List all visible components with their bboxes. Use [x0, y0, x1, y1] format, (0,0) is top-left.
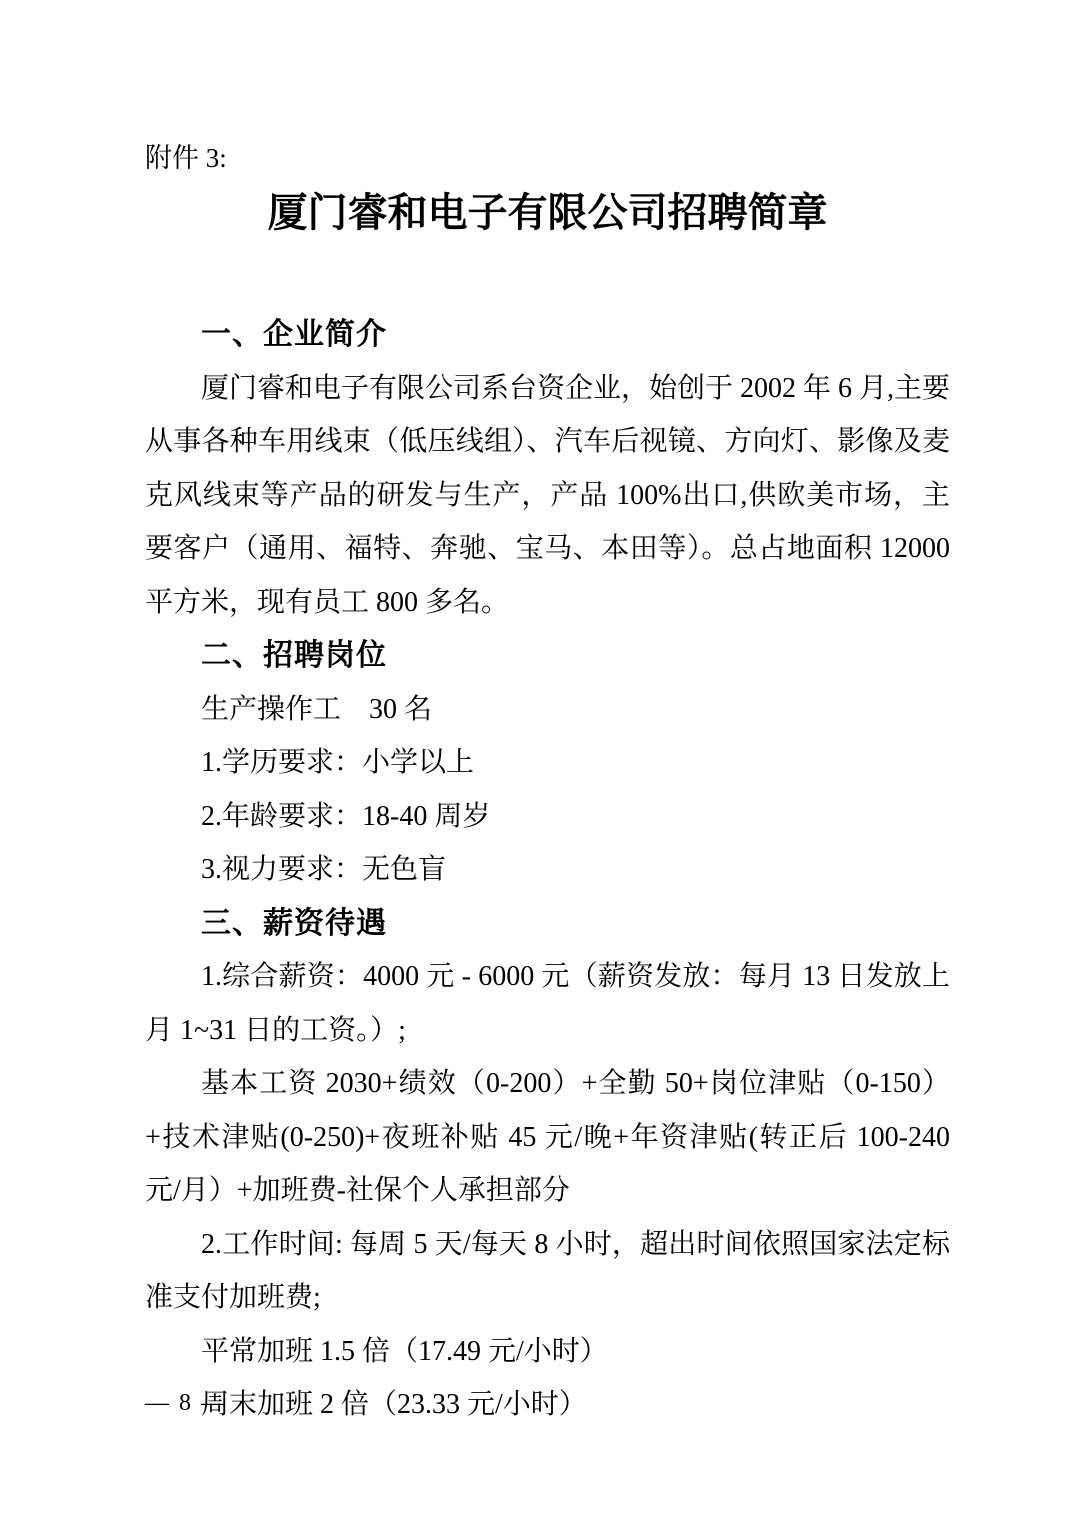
document-title: 厦门睿和电子有限公司招聘简章	[145, 186, 950, 240]
section-recruitment-positions: 二、招聘岗位 生产操作工 30 名 1.学历要求：小学以上 2.年龄要求：18-…	[145, 629, 950, 897]
page-number: — 8 —	[145, 1388, 227, 1418]
overall-salary: 1.综合薪资：4000 元 - 6000 元（薪资发放：每月 13 日发放上月 …	[145, 950, 950, 1057]
position-headcount: 生产操作工 30 名	[145, 683, 950, 737]
vision-requirement: 3.视力要求：无色盲	[145, 843, 950, 897]
weekday-overtime: 平常加班 1.5 倍（17.49 元/小时）	[145, 1325, 950, 1379]
document-page: 附件 3: 厦门睿和电子有限公司招聘简章 一、企业简介 厦门睿和电子有限公司系台…	[0, 0, 1074, 1520]
company-intro-heading: 一、企业简介	[145, 308, 950, 362]
recruitment-positions-heading: 二、招聘岗位	[145, 629, 950, 683]
document-content: 附件 3: 厦门睿和电子有限公司招聘简章 一、企业简介 厦门睿和电子有限公司系台…	[145, 140, 950, 1432]
age-requirement: 2.年龄要求：18-40 周岁	[145, 790, 950, 844]
section-company-intro: 一、企业简介 厦门睿和电子有限公司系台资企业，始创于 2002 年 6 月,主要…	[145, 308, 950, 629]
salary-breakdown: 基本工资 2030+绩效（0-200）+全勤 50+岗位津贴（0-150）+技术…	[145, 1057, 950, 1218]
education-requirement: 1.学历要求：小学以上	[145, 736, 950, 790]
weekend-overtime: 周末加班 2 倍（23.33 元/小时）	[145, 1378, 950, 1432]
salary-benefits-heading: 三、薪资待遇	[145, 897, 950, 951]
company-intro-paragraph: 厦门睿和电子有限公司系台资企业，始创于 2002 年 6 月,主要从事各种车用线…	[145, 362, 950, 630]
section-salary-benefits: 三、薪资待遇 1.综合薪资：4000 元 - 6000 元（薪资发放：每月 13…	[145, 897, 950, 1432]
working-hours: 2.工作时间: 每周 5 天/每天 8 小时，超出时间依照国家法定标准支付加班费…	[145, 1218, 950, 1325]
attachment-label: 附件 3:	[145, 140, 950, 176]
